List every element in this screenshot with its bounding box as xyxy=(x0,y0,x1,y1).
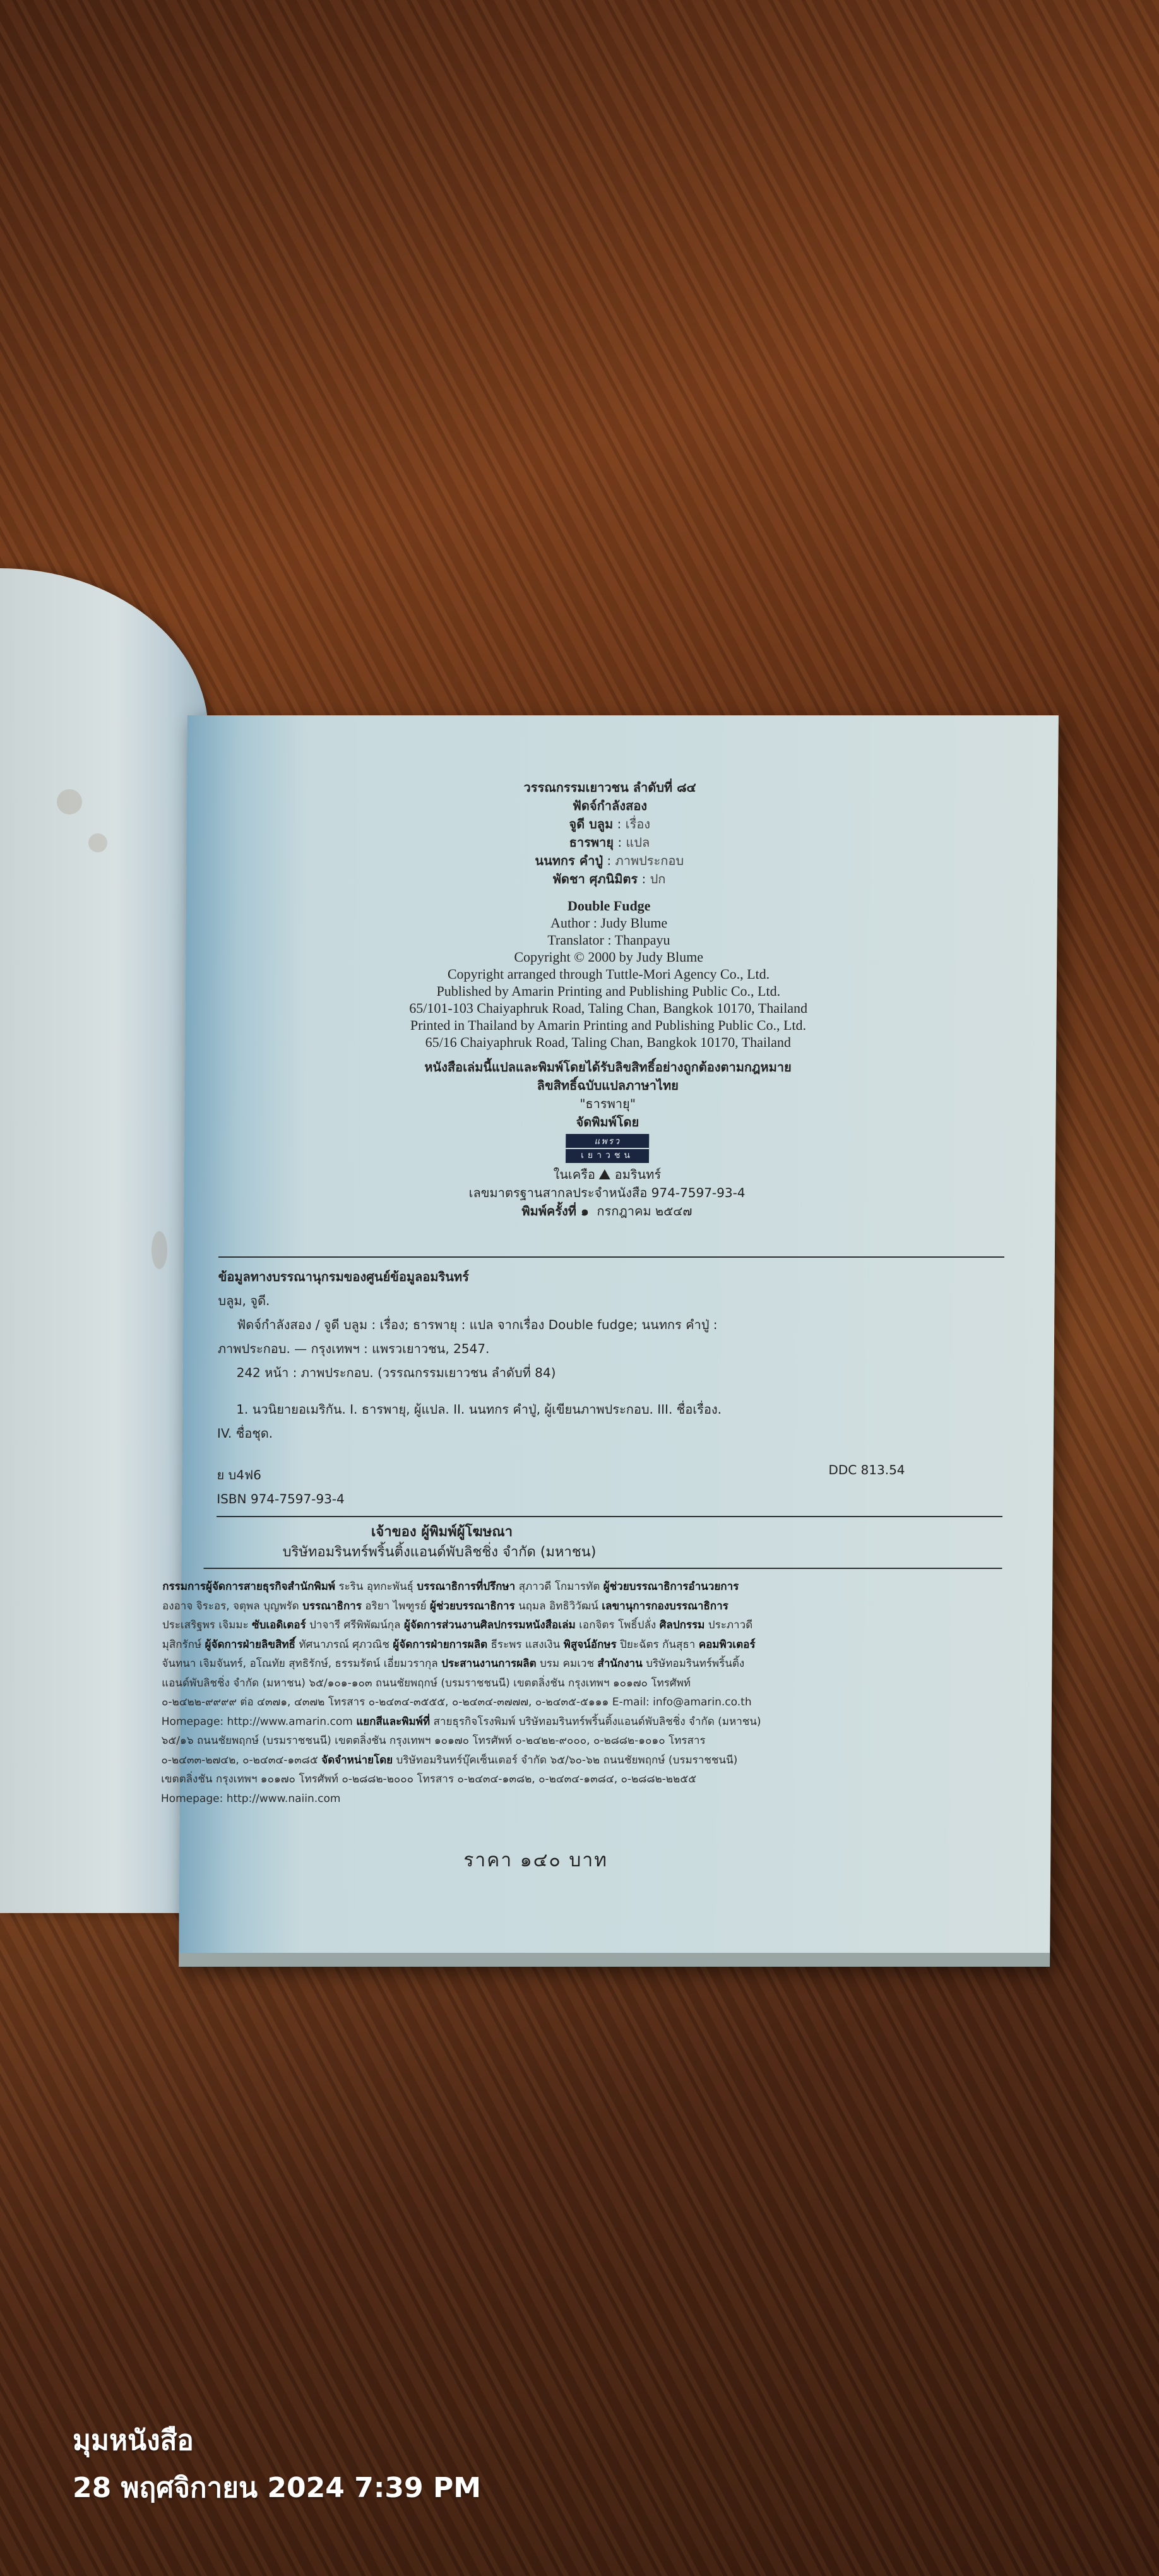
staff-line: Homepage: http://www.naiin.com xyxy=(161,1789,918,1809)
staff-line: เขตตลิ่งชัน กรุงเทพฯ ๑๐๑๗๐ โทรศัพท์ ๐-๒๘… xyxy=(161,1770,918,1789)
credit-author: จูดี บลูม : เรื่อง xyxy=(389,815,831,833)
credit-translator: ธารพายุ : แปล xyxy=(388,833,830,852)
printed-by-label: จัดพิมพ์โดย xyxy=(386,1113,828,1131)
divider xyxy=(217,1516,1002,1517)
staff-credits-block: กรรมการผู้จัดการสายธุรกิจสำนักพิมพ์ ระริ… xyxy=(161,1577,920,1808)
series-line: วรรณกรรมเยาวชน ลำดับที่ ๘๔ xyxy=(389,778,831,797)
staff-line: มุสิกรักษ์ ผู้จัดการฝ่ายลิขสิทธิ์ ทัศนาภ… xyxy=(162,1635,920,1655)
isbn-thai-line: เลขมาตรฐานสากลประจำหนังสือ 974-7597-93-4 xyxy=(386,1184,828,1202)
owner-company: บริษัทอมรินทร์พริ้นติ้งแอนด์พับลิชชิ่ง จ… xyxy=(283,1542,851,1563)
translator-line: Translator : Thanpayu xyxy=(388,931,829,948)
ddc-number: DDC 813.54 xyxy=(828,1458,905,1482)
divider xyxy=(218,1256,1004,1258)
author-line: Author : Judy Blume xyxy=(388,914,830,931)
timestamp-overlay: 28 พฤศจิกายน 2024 7:39 PM xyxy=(73,2466,481,2510)
subjects-entry: 1. นวนิยายอเมริกัน. I. ธารพายุ, ผู้แปล. … xyxy=(217,1397,905,1421)
group-line: ในเครือ อมรินทร์ xyxy=(386,1166,828,1184)
staff-line: องอาจ จิระอร, จตุพล บุญพรัด บรรณาธิการ อ… xyxy=(162,1597,920,1616)
staff-line: จันทนา เจิมจันทร์, อโณทัย สุทธิรักษ์, ธร… xyxy=(162,1654,919,1674)
staff-line: ๐-๒๔๓๓-๒๗๔๒, ๐-๒๔๓๔-๑๓๘๕ จัดจำหน่ายโดย บ… xyxy=(161,1751,918,1770)
owner-block: เจ้าของ ผู้พิมพ์ผู้โฆษณา บริษัทอมรินทร์พ… xyxy=(283,1522,851,1563)
cataloging-block: ข้อมูลทางบรรณานุกรมของศูนย์ข้อมูลอมรินทร… xyxy=(217,1265,906,1511)
copyright-line: Copyright © 2000 by Judy Blume xyxy=(388,948,829,965)
amarin-triangle-icon xyxy=(599,1169,610,1179)
copyright-page: วรรณกรรมเยาวชน ลำดับที่ ๘๔ ฟัดจ์กำลังสอง… xyxy=(179,715,1059,1967)
copyright-line: Copyright arranged through Tuttle-Mori A… xyxy=(388,965,829,982)
subjects-entry: IV. ชื่อชุด. xyxy=(217,1421,905,1445)
staff-line: Homepage: http://www.amarin.com แยกสีและ… xyxy=(162,1712,919,1732)
thai-title: ฟัดจ์กำลังสอง xyxy=(389,797,831,815)
copyright-line: Published by Amarin Printing and Publish… xyxy=(388,982,829,999)
staff-line: แอนด์พับลิชชิ่ง จำกัด (มหาชน) ๖๕/๑๐๑-๑๐๓… xyxy=(162,1674,919,1693)
caption-overlay: มุมหนังสือ xyxy=(73,2418,194,2462)
edition-line: พิมพ์ครั้งที่ ๑ กรกฎาคม ๒๕๔๗ xyxy=(386,1202,828,1220)
copyright-line: 65/16 Chaiyaphruk Road, Taling Chan, Ban… xyxy=(387,1034,829,1051)
title-entry: ฟัดจ์กำลังสอง / จูดี บลูม : เรื่อง; ธารพ… xyxy=(218,1313,906,1337)
credit-illustrator: นนทกร คำปู่ : ภาพประกอบ xyxy=(388,852,830,870)
divider xyxy=(203,1568,1002,1569)
copyright-line: 65/101-103 Chaiyaphruk Road, Taling Chan… xyxy=(388,999,829,1017)
cataloging-heading: ข้อมูลทางบรรณานุกรมของศูนย์ข้อมูลอมรินทร… xyxy=(218,1265,906,1289)
staff-line: ๖๕/๑๖ ถนนชัยพฤกษ์ (บรมราชชนนี) เขตตลิ่งช… xyxy=(161,1731,918,1751)
praew-youth-logo: แพรว เยาวชน xyxy=(566,1134,649,1163)
staff-line: ประเสริฐพร เจิมมะ ซับเอดิเตอร์ ปาจารี ศร… xyxy=(162,1616,920,1635)
rights-line: ลิขสิทธิ์ฉบับแปลภาษาไทย xyxy=(387,1076,829,1095)
price-label: ราคา ๑๔๐ บาท xyxy=(463,1846,608,1875)
english-title: Double Fudge xyxy=(388,897,830,914)
rights-line: หนังสือเล่มนี้แปลและพิมพ์โดยได้รับลิขสิท… xyxy=(387,1058,829,1076)
title-credits-block: วรรณกรรมเยาวชน ลำดับที่ ๘๔ ฟัดจ์กำลังสอง… xyxy=(386,778,831,1220)
isbn-entry: ISBN 974-7597-93-4 xyxy=(217,1487,905,1511)
staff-line: ๐-๒๔๒๒-๙๙๙๙ ต่อ ๔๓๗๑, ๔๓๗๒ โทรสาร ๐-๒๔๓๔… xyxy=(162,1693,919,1712)
credit-cover: พัดชา ศุภนิมิตร : ปก xyxy=(388,870,830,888)
author-entry: บลูม, จูดี. xyxy=(218,1289,906,1313)
owner-heading: เจ้าของ ผู้พิมพ์ผู้โฆษณา xyxy=(283,1522,851,1542)
imprint-entry: ภาพประกอบ. — กรุงเทพฯ : แพรวเยาวชน, 2547… xyxy=(218,1337,906,1361)
pages-entry: 242 หน้า : ภาพประกอบ. (วรรณกรรมเยาวชน ลำ… xyxy=(218,1361,906,1385)
copyright-line: Printed in Thailand by Amarin Printing a… xyxy=(387,1017,829,1034)
staff-line: กรรมการผู้จัดการสายธุรกิจสำนักพิมพ์ ระริ… xyxy=(162,1577,920,1597)
call-number: ย บ4ฟ6 xyxy=(217,1463,261,1487)
rights-holder: "ธารพายุ" xyxy=(387,1095,829,1113)
